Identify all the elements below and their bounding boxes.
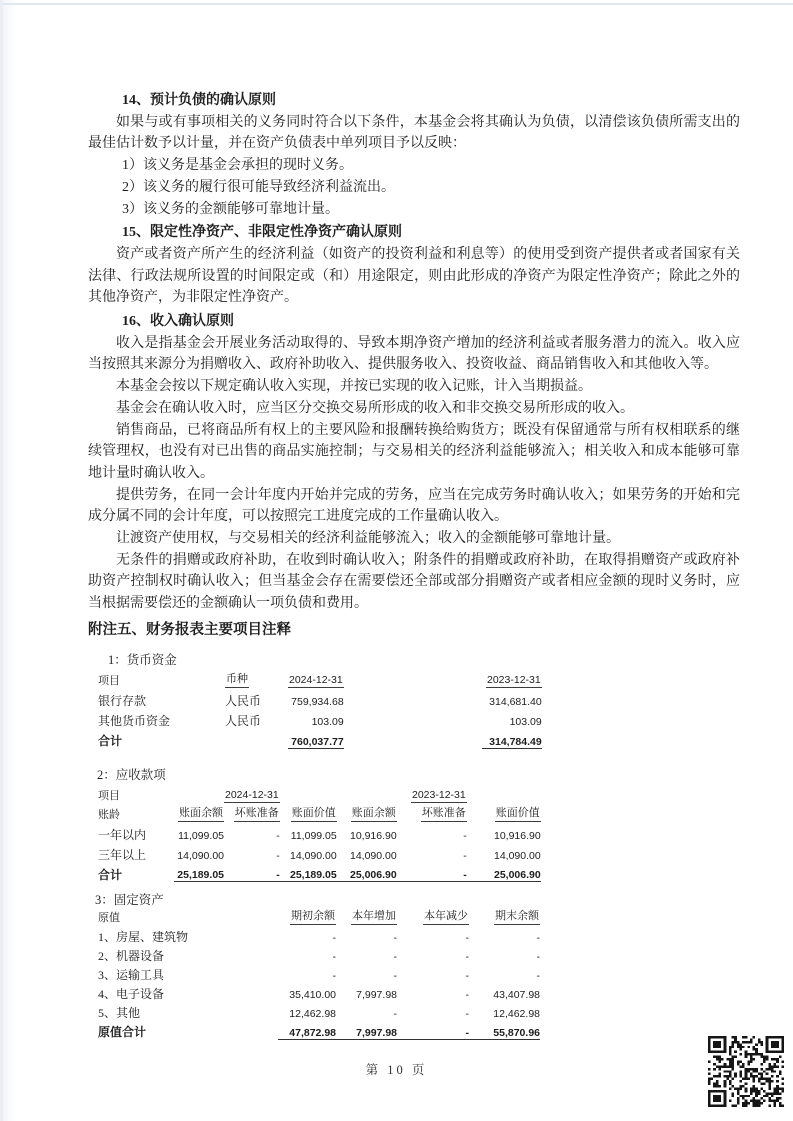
table-row: 2、机器设备 - - - -: [98, 944, 540, 963]
amount-cell: -: [469, 944, 540, 963]
table-row: 5、其他 12,462.98 - - 12,462.98: [98, 1001, 540, 1020]
col-header-original-value: 原值: [98, 912, 120, 924]
amount-cell: -: [397, 944, 469, 963]
total-amount-cell: 25,189.05: [280, 862, 337, 882]
paragraph: 无条件的捐赠或政府补助，在收到时确认收入；附条件的捐赠或政府补助，在取得捐赠资产…: [88, 550, 740, 615]
amount-cell: 12,462.98: [278, 1001, 336, 1020]
amount-cell: 35,410.00: [278, 982, 336, 1001]
amount-cell: -: [336, 1001, 397, 1020]
list-item: 1）该义务是基金会承担的现时义务。: [88, 155, 740, 177]
total-amount-cell: 760,037.77: [288, 728, 344, 748]
row-label: 三年以上: [98, 842, 174, 862]
amount-cell: -: [397, 822, 467, 842]
page-edge-top: [0, 3, 793, 5]
amount-cell: 10,916.90: [337, 822, 397, 842]
total-amount-cell: 47,872.98: [278, 1020, 336, 1039]
amount-cell: 11,099.05: [280, 822, 337, 842]
paragraph: 提供劳务，在同一会计年度内开始并完成的劳务，应当在完成劳务时确认收入；如果劳务的…: [88, 485, 740, 528]
amount-cell: 314,681.40: [482, 688, 542, 708]
qr-code-graphic: [708, 1036, 784, 1107]
amount-cell: 43,407.98: [469, 982, 540, 1001]
col-header-2024: 2024-12-31: [288, 674, 344, 688]
table-row: 4、电子设备 35,410.00 7,997.98 - 43,407.98: [98, 982, 540, 1001]
col-header: 账面价值: [291, 806, 337, 822]
total-amount-cell: 7,997.98: [336, 1020, 397, 1039]
col-header: 坏账准备: [421, 806, 467, 822]
note-label-cash: 1：货币资金: [108, 652, 748, 669]
col-header: 账面余额: [351, 806, 397, 822]
amount-cell: -: [278, 963, 336, 982]
col-header-item: 项目: [98, 790, 120, 802]
amount-cell: 14,090.00: [337, 842, 397, 862]
amount-cell: 14,090.00: [174, 842, 224, 862]
qr-code: [708, 1036, 784, 1107]
paragraph: 让渡资产使用权，与交易相关的经济利益能够流入；收入的金额能够可靠地计量。: [88, 528, 740, 550]
total-amount-cell: 55,870.96: [469, 1020, 540, 1039]
row-label: 银行存款: [98, 688, 225, 708]
header-row: 项目 币种 2024-12-31 2023-12-31: [98, 669, 542, 688]
col-header-2023: 2023-12-31: [486, 674, 542, 688]
paragraph: 基金会在确认收入时，应当区分交换交易所形成的收入和非交换交易所形成的收入。: [88, 398, 740, 420]
col-header-2024: 2024-12-31: [224, 789, 280, 803]
header-row: 账龄 账面余额 坏账准备 账面价值 账面余额 坏账准备 账面价值: [98, 803, 541, 822]
col-header-currency: 币种: [225, 672, 249, 688]
table-row: 银行存款 人民币 759,934.68 314,681.40: [98, 688, 542, 708]
list-item: 2）该义务的履行很可能导致经济利益流出。: [88, 177, 740, 199]
total-amount-cell: 25,189.05: [174, 862, 224, 882]
cash-table: 项目 币种 2024-12-31 2023-12-31 银行存款 人民币 759…: [98, 669, 542, 749]
table-row: 三年以上 14,090.00 - 14,090.00 14,090.00 - 1…: [98, 842, 541, 862]
page-edge-shadow: [3, 0, 17, 1121]
row-label: 一年以内: [98, 822, 174, 842]
col-header: 本年增加: [351, 909, 397, 925]
row-label: 1、房屋、建筑物: [98, 925, 278, 944]
col-header-aging: 账龄: [98, 809, 120, 821]
paragraph: 销售商品，已将商品所有权上的主要风险和报酬转换给购货方；既没有保留通常与所有权相…: [88, 420, 740, 485]
amount-cell: 12,462.98: [469, 1001, 540, 1020]
table-row: 一年以内 11,099.05 - 11,099.05 10,916.90 - 1…: [98, 822, 541, 842]
notes-block: 附注五、财务报表主要项目注释 1：货币资金 项目 币种 2024-12-31 2…: [88, 612, 748, 1040]
col-header-2023: 2023-12-31: [411, 789, 467, 803]
currency-cell: 人民币: [225, 708, 288, 728]
amount-cell: -: [469, 925, 540, 944]
header-row: 原值 期初余额 本年增加 本年减少 期末余额: [98, 909, 540, 925]
amount-cell: 14,090.00: [467, 842, 541, 862]
amount-cell: 103.09: [482, 708, 542, 728]
row-label: 其他货币资金: [98, 708, 225, 728]
receivables-table: 项目 2024-12-31 2023-12-31 账龄 账面余额 坏账准备 账面…: [98, 784, 541, 883]
amount-cell: -: [336, 944, 397, 963]
total-amount-cell: -: [224, 862, 280, 882]
amount-cell: -: [278, 925, 336, 944]
header-row: 项目 2024-12-31 2023-12-31: [98, 784, 541, 803]
col-header: 期初余额: [290, 909, 336, 925]
total-amount-cell: 314,784.49: [482, 728, 542, 748]
col-header: 账面价值: [495, 806, 541, 822]
fixed-assets-table: 原值 期初余额 本年增加 本年减少 期末余额 1、房屋、建筑物 - - - - …: [98, 909, 540, 1040]
list-item: 3）该义务的金额能够可靠地计量。: [88, 199, 740, 221]
total-row: 合计 25,189.05 - 25,189.05 25,006.90 - 25,…: [98, 862, 541, 882]
notes-heading: 附注五、财务报表主要项目注释: [88, 620, 748, 640]
total-amount-cell: 25,006.90: [467, 862, 541, 882]
amount-cell: 103.09: [288, 708, 344, 728]
amount-cell: -: [397, 982, 469, 1001]
col-header: 本年减少: [423, 909, 469, 925]
table-row: 1、房屋、建筑物 - - - -: [98, 925, 540, 944]
amount-cell: -: [397, 925, 469, 944]
amount-cell: -: [278, 944, 336, 963]
amount-cell: -: [397, 963, 469, 982]
amount-cell: -: [224, 842, 280, 862]
table-row: 其他货币资金 人民币 103.09 103.09: [98, 708, 542, 728]
note-label-fixed-assets: 3：固定资产: [95, 892, 748, 909]
total-amount-cell: -: [397, 862, 467, 882]
col-header: 期末余额: [494, 909, 540, 925]
amount-cell: -: [336, 963, 397, 982]
amount-cell: -: [469, 963, 540, 982]
row-label: 3、运输工具: [98, 963, 278, 982]
section-heading-15: 15、限定性净资产、非限定性净资产确认原则: [88, 222, 740, 244]
col-header: 坏账准备: [234, 806, 280, 822]
amount-cell: -: [397, 842, 467, 862]
amount-cell: -: [397, 1001, 469, 1020]
paragraph: 如果与或有事项相关的义务同时符合以下条件，本基金会将其确认为负债，以清偿该负债所…: [88, 112, 740, 155]
paragraph: 收入是指基金会开展业务活动取得的、导致本期净资产增加的经济利益或者服务潜力的流入…: [88, 333, 740, 376]
total-label: 合计: [98, 862, 174, 882]
total-label: 原值合计: [98, 1020, 278, 1039]
table-row: 3、运输工具 - - - -: [98, 963, 540, 982]
note-label-receivables: 2：应收款项: [97, 767, 748, 784]
total-row: 合计 760,037.77 314,784.49: [98, 728, 542, 748]
total-amount-cell: 25,006.90: [337, 862, 397, 882]
paragraph: 资产或者资产所产生的经济利益（如资产的投资利益和利息等）的使用受到资产提供者或者…: [88, 244, 740, 309]
policy-text-block: 14、预计负债的确认原则 如果与或有事项相关的义务同时符合以下条件，本基金会将其…: [88, 88, 740, 615]
section-heading-16: 16、收入确认原则: [88, 311, 740, 333]
section-heading-14: 14、预计负债的确认原则: [88, 90, 740, 112]
amount-cell: 759,934.68: [288, 688, 344, 708]
currency-cell: 人民币: [225, 688, 288, 708]
amount-cell: -: [336, 925, 397, 944]
amount-cell: 7,997.98: [336, 982, 397, 1001]
col-header-item: 项目: [98, 675, 120, 687]
amount-cell: 10,916.90: [467, 822, 541, 842]
row-label: 2、机器设备: [98, 944, 278, 963]
paragraph: 本基金会按以下规定确认收入实现，并按已实现的收入记账，计入当期损益。: [88, 376, 740, 398]
amount-cell: -: [224, 822, 280, 842]
total-label: 合计: [98, 728, 225, 748]
total-row: 原值合计 47,872.98 7,997.98 - 55,870.96: [98, 1020, 540, 1039]
row-label: 5、其他: [98, 1001, 278, 1020]
total-amount-cell: -: [397, 1020, 469, 1039]
col-header: 账面余额: [178, 806, 224, 822]
amount-cell: 14,090.00: [280, 842, 337, 862]
amount-cell: 11,099.05: [174, 822, 224, 842]
row-label: 4、电子设备: [98, 982, 278, 1001]
page-number: 第 10 页: [0, 1060, 793, 1078]
